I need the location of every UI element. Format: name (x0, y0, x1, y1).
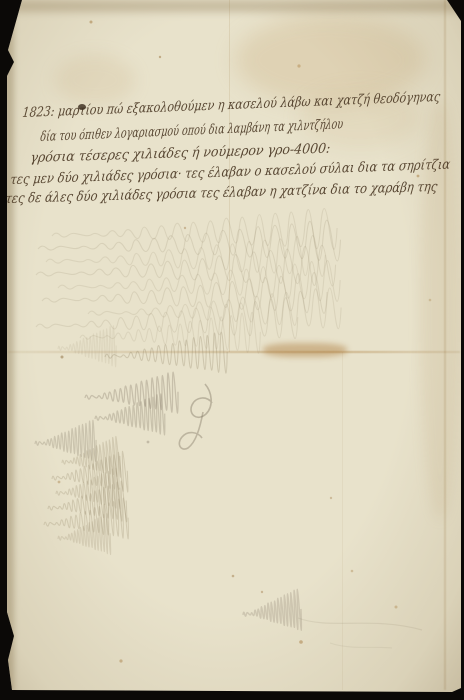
ink-blot (78, 104, 86, 110)
bottom-signature (242, 589, 422, 648)
paper-speck (297, 64, 300, 67)
paper-speck (261, 591, 263, 593)
paper-speck (417, 175, 420, 178)
bottom-signature-tail (298, 618, 422, 630)
paper-speck (351, 570, 354, 573)
paper-sheet: 1823: μαρτίου πώ εξακολοθούμεν η κασελού… (0, 0, 464, 700)
manuscript-overlay: 1823: μαρτίου πώ εξακολοθούμεν η κασελού… (0, 0, 464, 700)
paper-speck (159, 56, 161, 58)
ghost-signature-line (57, 514, 111, 558)
pencil-scribble (84, 372, 178, 416)
ghost-signature-column (43, 436, 129, 557)
handwriting-block: 1823: μαρτίου πώ εξακολοθούμεν η κασελού… (5, 89, 451, 207)
bleedthrough-line (58, 326, 117, 368)
paper-speck (90, 21, 93, 24)
paper-speck (330, 497, 332, 499)
paper-speck (299, 640, 303, 644)
pencil-dot (147, 441, 150, 444)
bleedthrough-block (35, 208, 341, 375)
paper-speck (184, 227, 186, 229)
photo-background: 1823: μαρτίου πώ εξακολοθούμεν η κασελού… (0, 0, 464, 700)
bottom-signature-underline (330, 643, 392, 648)
pencil-signature (35, 372, 212, 462)
paper-speck (61, 356, 64, 359)
paper-speck (395, 606, 398, 609)
paper-speck (119, 659, 122, 662)
pencil-scribble (35, 420, 97, 462)
paper-speck (429, 299, 432, 302)
pencil-flourish-loop (191, 384, 212, 417)
bottom-signature-scribble (242, 589, 302, 633)
paper-speck (58, 481, 61, 484)
paper-speck (232, 575, 235, 578)
